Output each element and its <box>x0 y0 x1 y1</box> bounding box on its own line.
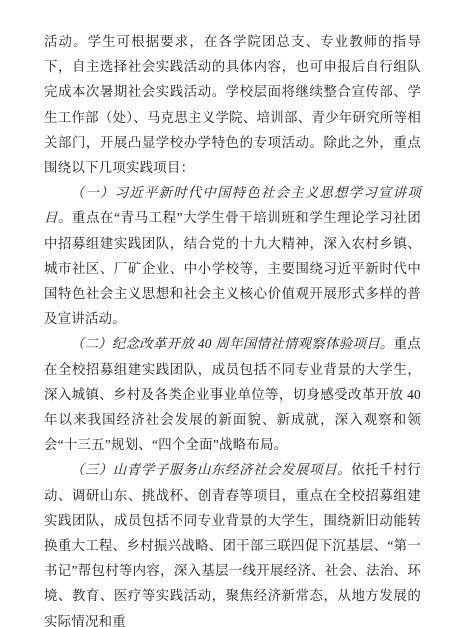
paragraph-text: 依托千村行动、调研山东、挑战杯、创青春等项目，重点在全校招募组建实践团队，成员包… <box>44 462 421 627</box>
paragraph: （二）纪念改革开放 40 周年国情社情观察体验项目。重点在全校招募组建实践团队，… <box>44 331 421 457</box>
paragraph-text: 活动。学生可根据要求，在各学院团总支、专业教师的指导下，自主选择社会实践活动的具… <box>44 34 421 175</box>
paragraph-text: 重点在“青马工程”大学生骨干培训班和学生理论学习社团中招募组建实践团队，结合党的… <box>44 210 421 326</box>
project-heading: （三）山青学子服务山东经济社会发展项目。 <box>71 462 351 477</box>
paragraph: 活动。学生可根据要求，在各学院团总支、专业教师的指导下，自主选择社会实践活动的具… <box>44 29 421 180</box>
paragraph: （三）山青学子服务山东经济社会发展项目。依托千村行动、调研山东、挑战杯、创青春等… <box>44 457 421 627</box>
paragraph-text: 重点在全校招募组建实践团队，成员包括不同专业背景的大学生，深入城镇、乡村及各类企… <box>44 336 421 452</box>
document-body: 活动。学生可根据要求，在各学院团总支、专业教师的指导下，自主选择社会实践活动的具… <box>44 29 421 627</box>
project-heading: （二）纪念改革开放 40 周年国情社情观察体验项目。 <box>71 336 394 351</box>
paragraph: （一）习近平新时代中国特色社会主义思想学习宣讲项目。重点在“青马工程”大学生骨干… <box>44 180 421 331</box>
document-page: 活动。学生可根据要求，在各学院团总支、专业教师的指导下，自主选择社会实践活动的具… <box>0 0 463 627</box>
